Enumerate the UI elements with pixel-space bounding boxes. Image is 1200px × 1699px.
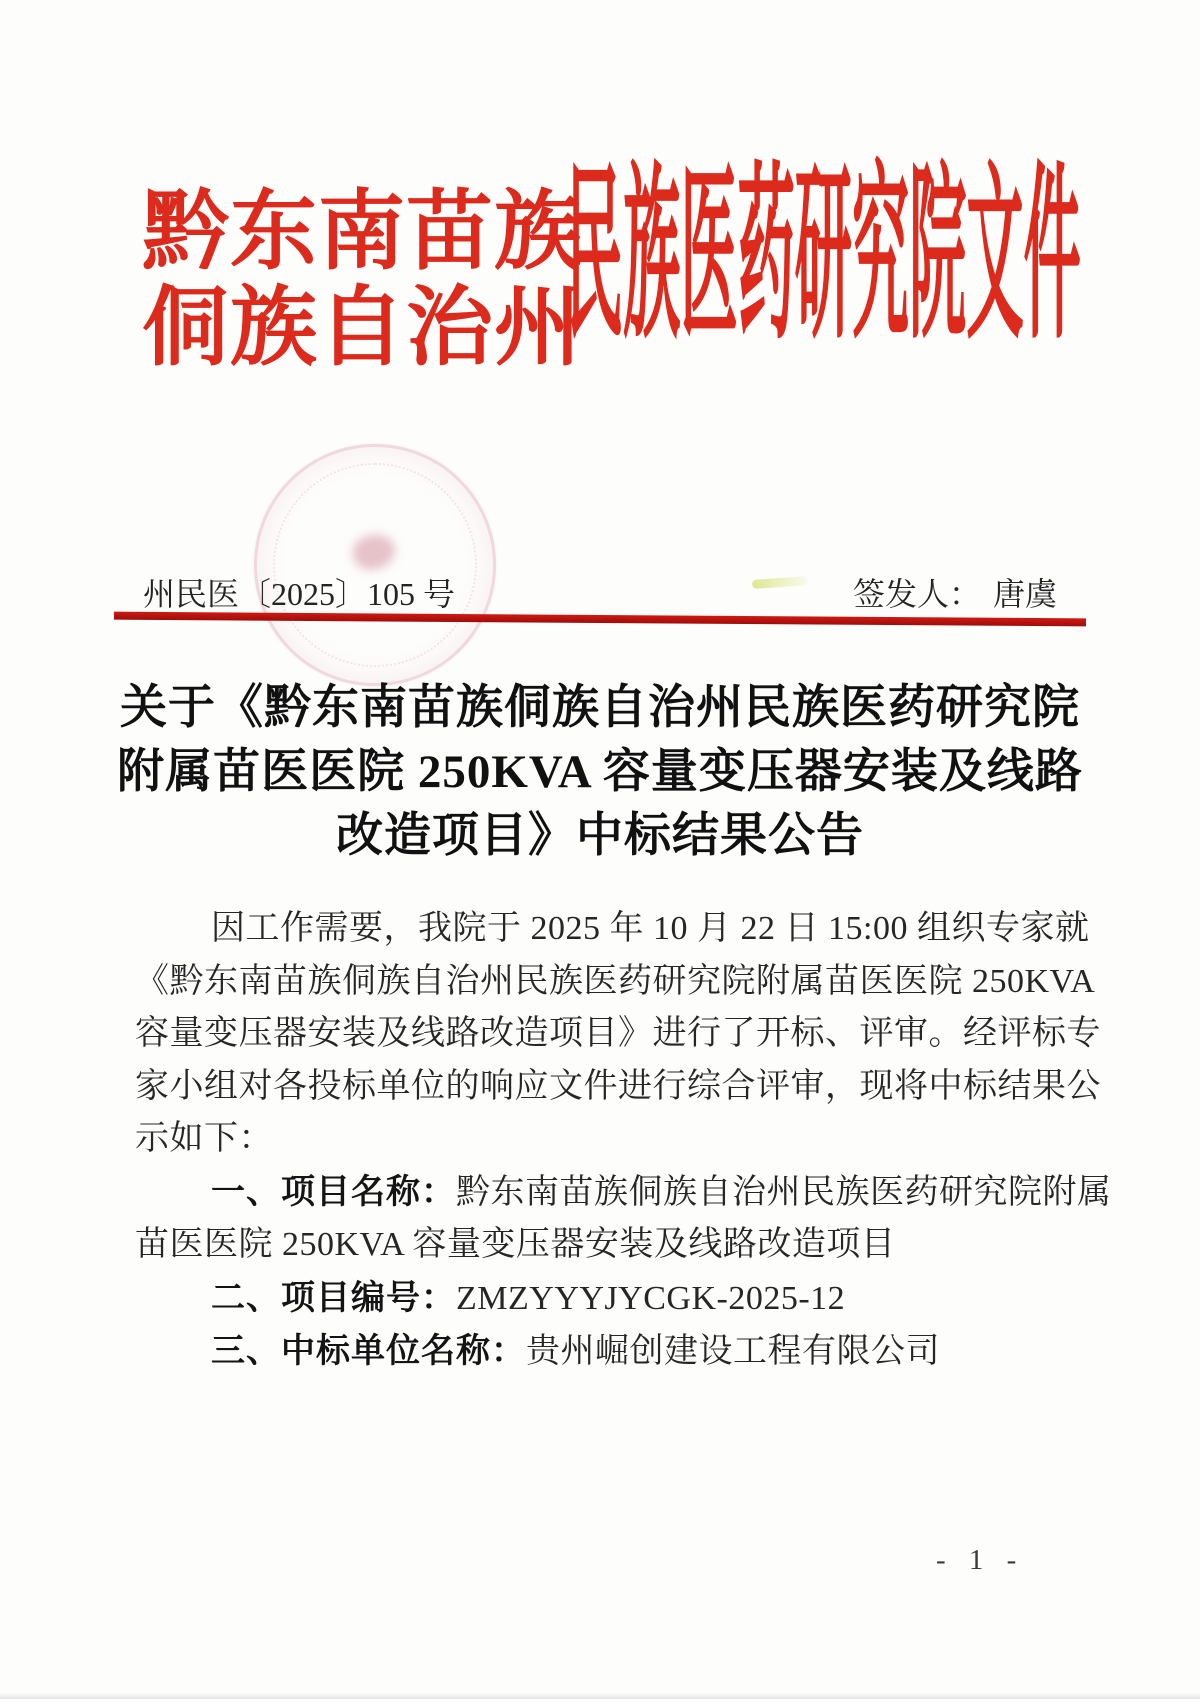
item-label: 二、项目编号： (211, 1279, 456, 1317)
scanned-document-page: 黔东南苗族 侗族自治州 民族医药研究院文件 州民医〔2025〕105 号 签发人… (0, 0, 1200, 1699)
page-number: - 1 - (936, 1544, 1024, 1577)
body-text: 《黔东南苗族侗族自治州民族医药研究院附属苗医医院 250KVA (135, 963, 1095, 1000)
letterhead-org-name-right: 民族医药研究院文件 (566, 163, 1081, 353)
letterhead-org-line1: 黔东南苗族 (142, 184, 582, 280)
title-line-1: 关于《黔东南苗族侗族自治州民族医药研究院 (0, 676, 1200, 740)
document-body: 因工作需要，我院于 2025 年 10 月 22 日 15:00 组织专家就《黔… (135, 903, 1071, 1379)
issuer-label: 签发人： (853, 576, 981, 612)
body-line: 容量变压器安装及线路改造项目》进行了开标、评审。经评标专 (135, 1008, 1071, 1061)
body-line: 家小组对各投标单位的响应文件进行综合评审，现将中标结果公 (135, 1061, 1071, 1114)
letterhead-org-name-left: 黔东南苗族 侗族自治州 (142, 184, 582, 376)
body-text: 因工作需要，我院于 2025 年 10 月 22 日 15:00 组织专家就 (211, 910, 1089, 947)
issuer: 签发人：唐虞 (853, 574, 1057, 614)
title-line-2: 附属苗医医院 250KVA 容量变压器安装及线路 (0, 740, 1200, 804)
body-line: 《黔东南苗族侗族自治州民族医药研究院附属苗医医院 250KVA (135, 956, 1071, 1009)
body-text: 家小组对各投标单位的响应文件进行综合评审，现将中标结果公 (135, 1068, 1101, 1105)
document-meta-row: 州民医〔2025〕105 号 签发人：唐虞 (143, 574, 1057, 614)
official-seal-stamp (254, 444, 496, 686)
body-line: 一、项目名称：黔东南苗族侗族自治州民族医药研究院附属 (135, 1166, 1071, 1220)
letterhead-org-line2: 侗族自治州 (142, 280, 582, 376)
document-title: 关于《黔东南苗族侗族自治州民族医药研究院 附属苗医医院 250KVA 容量变压器… (0, 676, 1200, 868)
issuer-name: 唐虞 (993, 576, 1057, 612)
body-line: 苗医医院 250KVA 容量变压器安装及线路改造项目 (135, 1219, 1071, 1272)
body-line: 三、中标单位名称：贵州崛创建设工程有限公司 (135, 1325, 1071, 1379)
body-line: 二、项目编号：ZMZYYYJYCGK-2025-12 (135, 1272, 1071, 1326)
item-label: 三、中标单位名称： (211, 1332, 526, 1370)
body-text: 容量变压器安装及线路改造项目》进行了开标、评审。经评标专 (135, 1015, 1101, 1052)
body-line: 因工作需要，我院于 2025 年 10 月 22 日 15:00 组织专家就 (135, 903, 1071, 956)
body-text: 苗医医院 250KVA 容量变压器安装及线路改造项目 (135, 1226, 895, 1263)
document-number: 州民医〔2025〕105 号 (143, 574, 455, 614)
body-text: 示如下： (135, 1120, 273, 1157)
body-text: 黔东南苗族侗族自治州民族医药研究院附属 (456, 1174, 1112, 1211)
body-text: 贵州崛创建设工程有限公司 (526, 1333, 940, 1370)
body-text: ZMZYYYJYCGK-2025-12 (456, 1280, 845, 1317)
item-label: 一、项目名称： (211, 1173, 456, 1211)
scan-edge-shadow (0, 1693, 1200, 1699)
title-line-3: 改造项目》中标结果公告 (0, 804, 1200, 868)
body-line: 示如下： (135, 1113, 1071, 1166)
